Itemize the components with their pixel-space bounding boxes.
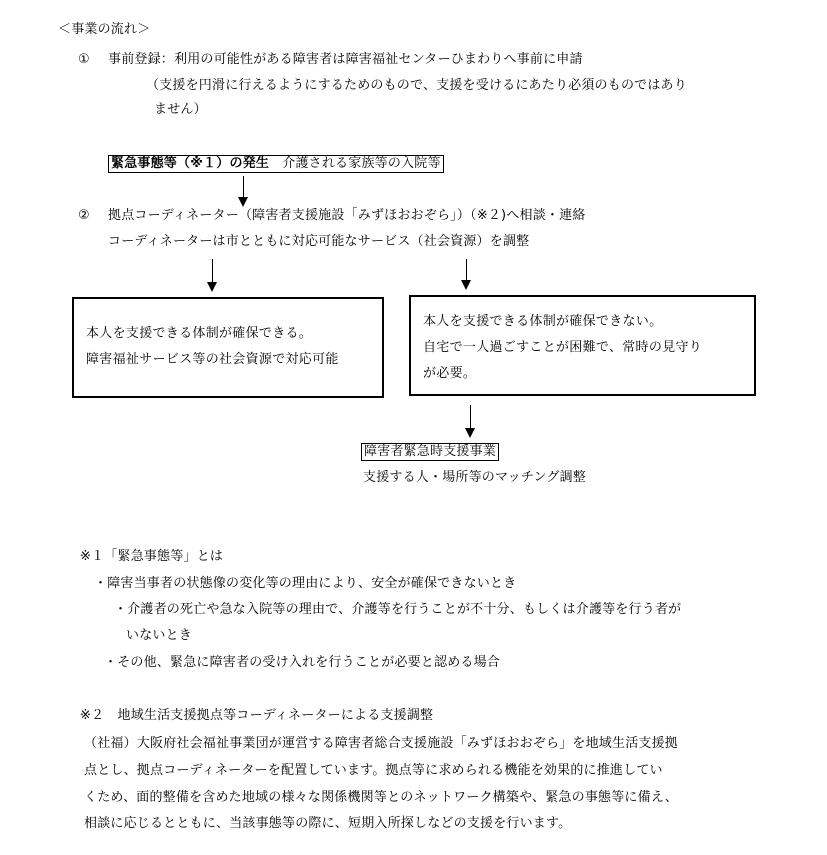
note2-line: くため、面的整備を含めた地域の様々な関係機関等とのネットワーク構築や、緊急の事態… — [84, 790, 678, 806]
step2-line1: 拠点コーディネーター（障害者支援施設「みずほおおぞら」）（※２)へ相談・連絡 — [108, 208, 586, 224]
step1-note-line1: （支援を円滑に行えるようにするためのもので、支援を受けるにあたり必須のものではあ… — [146, 78, 687, 94]
note1-item: いないとき — [126, 628, 192, 644]
note1-item: ・障害当事者の状態像の変化等の理由により、安全が確保できないとき — [94, 576, 516, 592]
trigger-bold-text: 緊急事態等（※１）の発生 — [111, 156, 269, 171]
flow-heading: ＜事業の流れ＞ — [58, 22, 150, 38]
trigger-text: 介護される家族等の入院等 — [269, 156, 441, 171]
emergency-program-text: 支援する人・場所等のマッチング調整 — [363, 470, 586, 486]
step1-note-line2: ません） — [154, 102, 207, 118]
note1-title: ※１「緊急事態等」とは — [80, 549, 223, 565]
trigger-box: 緊急事態等（※１）の発生 介護される家族等の入院等 — [108, 155, 444, 173]
branch-left-line1: 本人を支援できる体制が確保できる。 — [86, 326, 312, 342]
step1-text: 事前登録：利用の可能性がある障害者は障害福祉センターひまわりへ事前に申請 — [108, 52, 583, 68]
note2-line: 相談に応じるとともに、当該事態等の際に、短期入所探しなどの支援を行います。 — [84, 816, 571, 832]
note1-item: ・介護者の死亡や急な入院等の理由で、介護等を行うことが不十分、もしくは介護等を行… — [114, 602, 681, 618]
branch-right-line2: 自宅で一人過ごすことが困難で、常時の見守り — [423, 340, 702, 356]
branch-left-line2: 障害福祉サービス等の社会資源で対応可能 — [86, 352, 339, 368]
step2-number: ② — [78, 208, 90, 224]
note2-title: ※２ 地域生活支援拠点等コーディネーターによる支援調整 — [80, 708, 433, 724]
emergency-program-title: 障害者緊急時支援事業 — [361, 443, 499, 461]
branch-right-line1: 本人を支援できる体制が確保できない。 — [423, 314, 662, 330]
step2-line2: コーディネーターは市とともに対応可能なサービス（社会資源）を調整 — [108, 234, 529, 250]
branch-right-box: 本人を支援できる体制が確保できない。 自宅で一人過ごすことが困難で、常時の見守り… — [409, 295, 756, 396]
branch-left-box: 本人を支援できる体制が確保できる。 障害福祉サービス等の社会資源で対応可能 — [72, 297, 384, 398]
note2-line: （社福）大阪府社会福祉事業団が運営する障害者総合支援施設「みずほおおぞら」を地域… — [84, 736, 678, 752]
note2-line: 点とし、拠点コーディネーターを配置しています。拠点等に求められる機能を効果的に推… — [84, 763, 663, 779]
step1-number: ① — [78, 52, 90, 68]
note1-item: ・その他、緊急に障害者の受け入れを行うことが必要と認める場合 — [104, 655, 500, 671]
branch-right-line3: が必要。 — [423, 366, 476, 382]
